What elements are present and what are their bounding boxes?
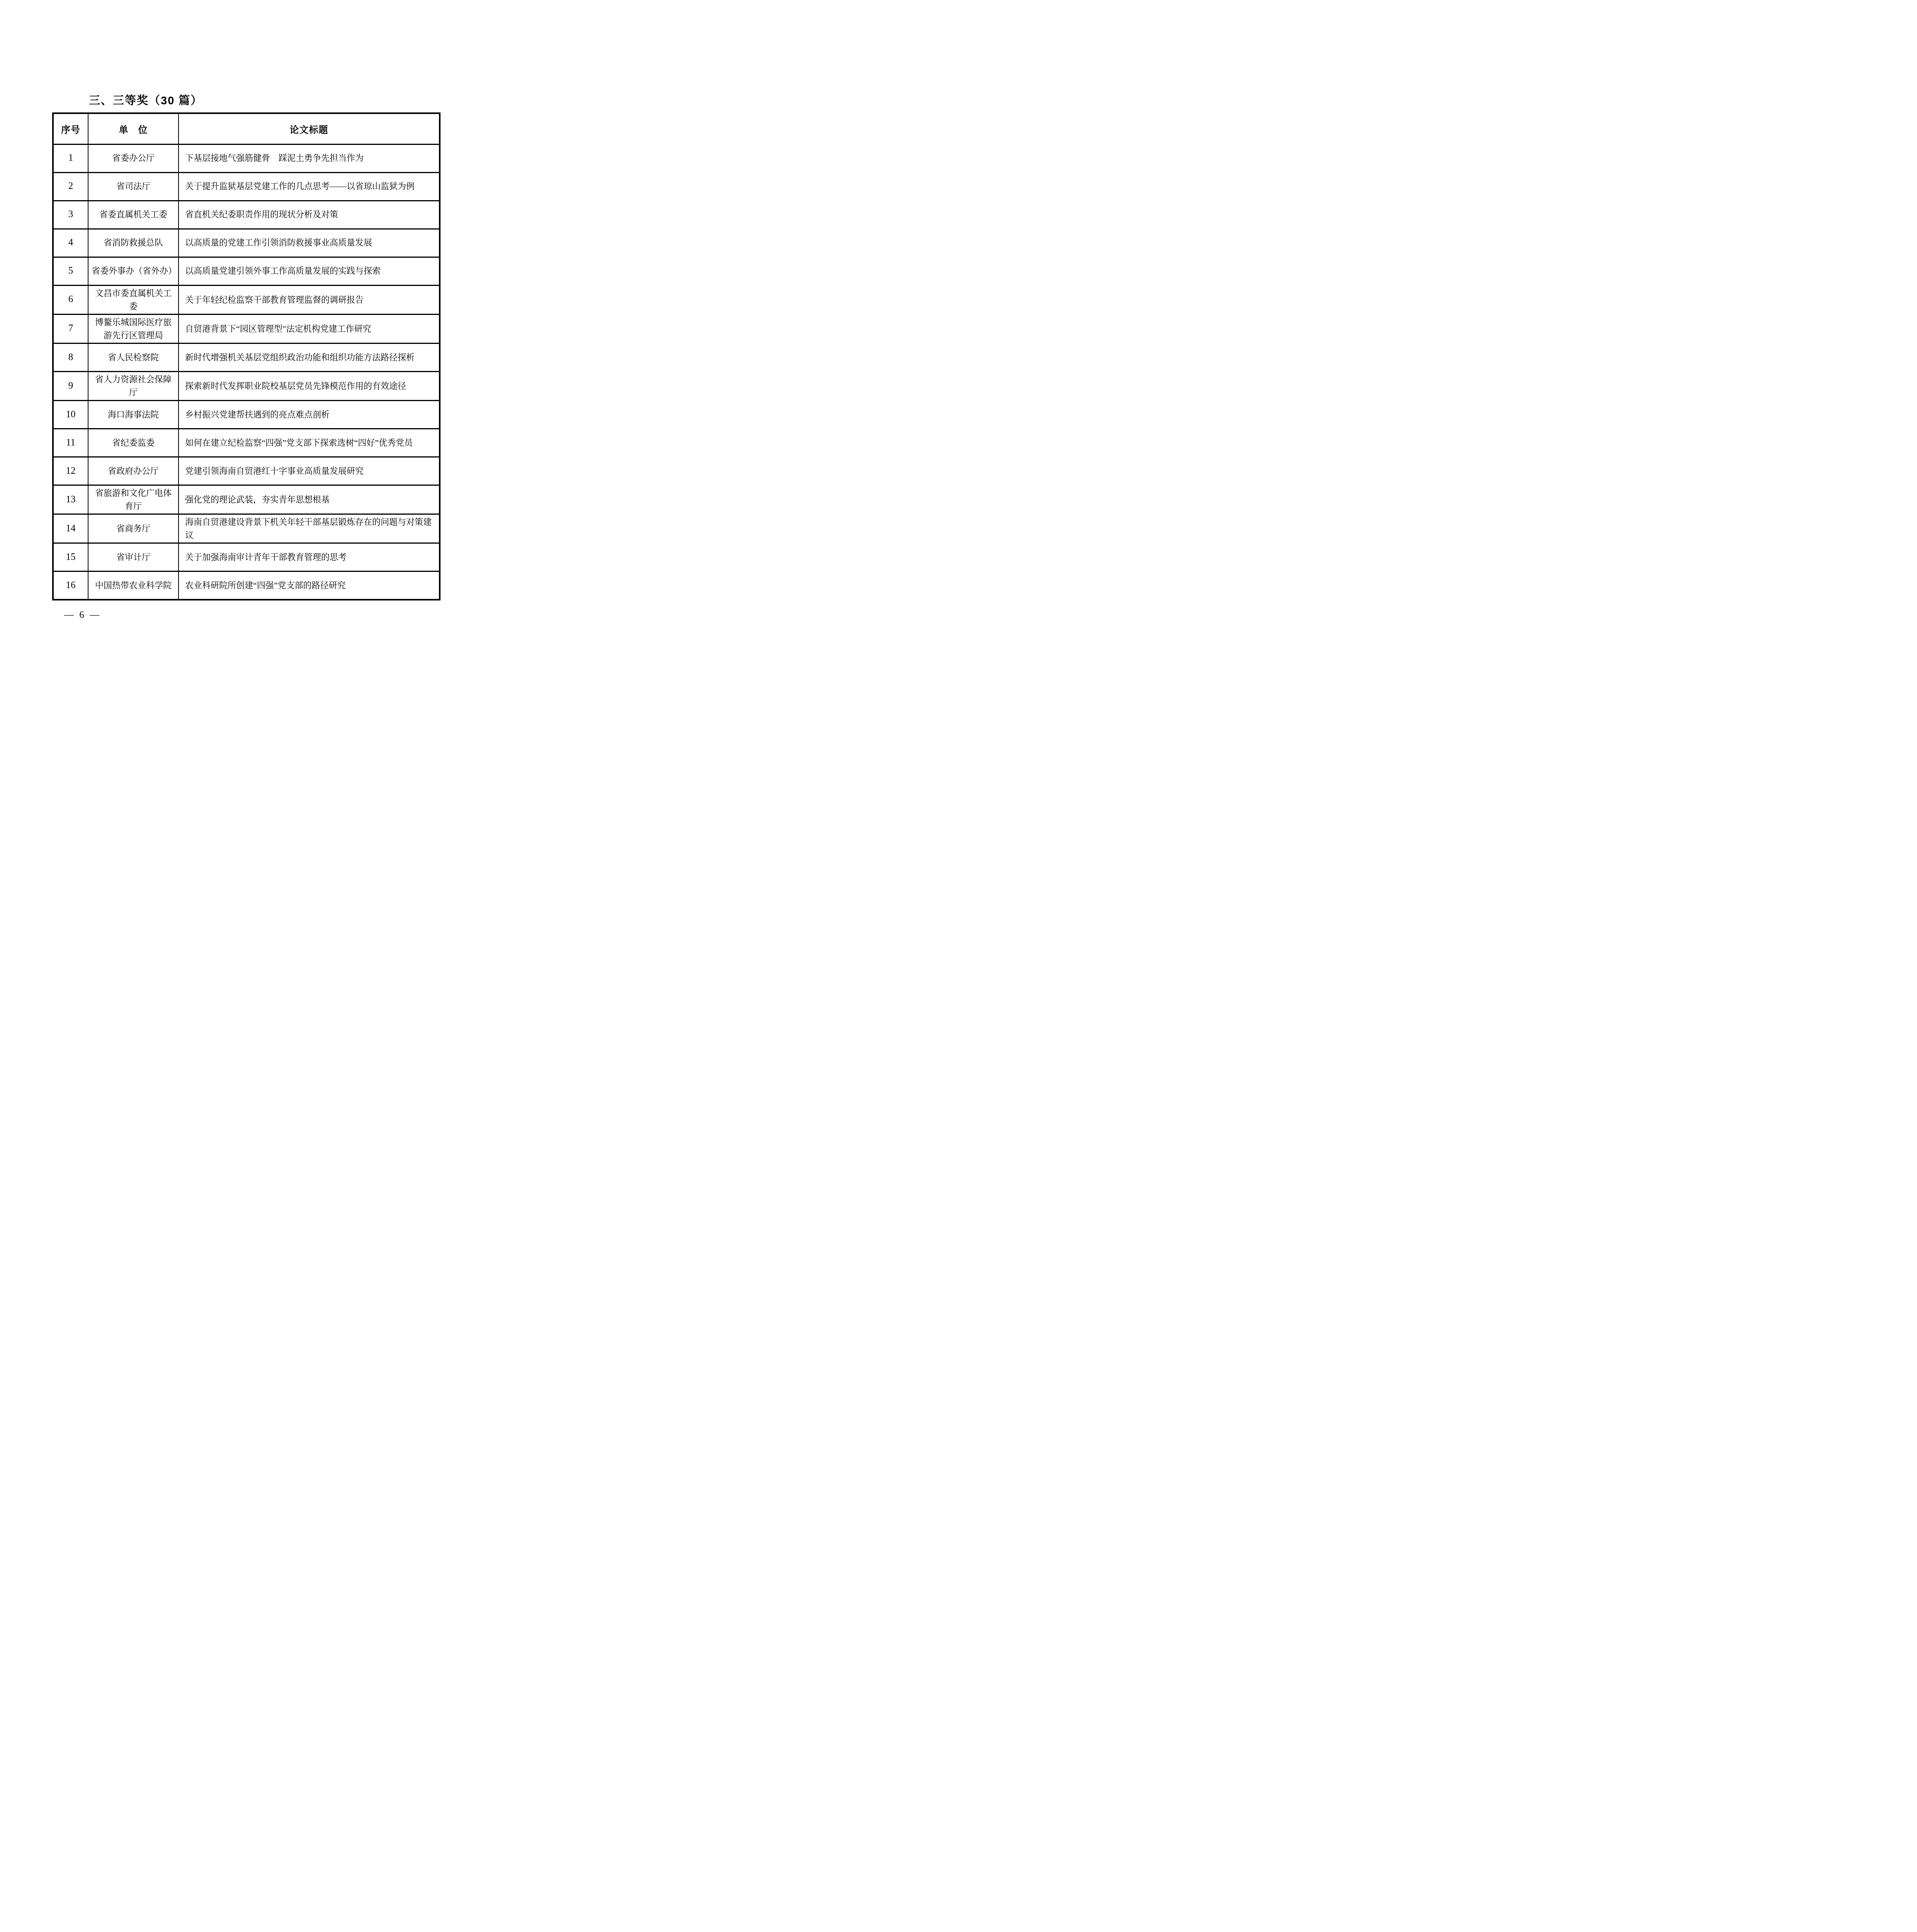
row-unit: 省委外事办（省外办） bbox=[88, 257, 179, 285]
table-row: 13 省旅游和文化广电体育厅 强化党的理论武装，夯实青年思想根基 bbox=[53, 485, 440, 514]
row-paper-title: 农业科研院所创建“四强”党支部的路径研究 bbox=[179, 571, 440, 600]
header-unit: 单 位 bbox=[88, 113, 179, 144]
table-header: 序号 单 位 论文标题 bbox=[53, 113, 440, 144]
table-row: 10 海口海事法院 乡村振兴党建帮扶遇到的亮点难点剖析 bbox=[53, 401, 440, 429]
table-row: 14 省商务厅 海南自贸港建设背景下机关年轻干部基层锻炼存在的问题与对策建议 bbox=[53, 514, 440, 543]
row-paper-title: 如何在建立纪检监察“四强”党支部下探索选树“四好”优秀党员 bbox=[179, 429, 440, 457]
section-title: 三、三等奖（30 篇） bbox=[89, 92, 202, 108]
table-row: 11 省纪委监委 如何在建立纪检监察“四强”党支部下探索选树“四好”优秀党员 bbox=[53, 429, 440, 457]
table-row: 1 省委办公厅 下基层接地气强筋健骨 踩泥土勇争先担当作为 bbox=[53, 144, 440, 172]
row-paper-title: 乡村振兴党建帮扶遇到的亮点难点剖析 bbox=[179, 401, 440, 429]
row-serial-number: 14 bbox=[53, 514, 88, 543]
row-serial-number: 4 bbox=[53, 229, 88, 257]
row-paper-title: 强化党的理论武装，夯实青年思想根基 bbox=[179, 485, 440, 514]
page-number: — 6 — bbox=[64, 610, 101, 621]
row-serial-number: 16 bbox=[53, 571, 88, 600]
header-serial-number: 序号 bbox=[53, 113, 88, 144]
row-unit: 省司法厅 bbox=[88, 172, 179, 201]
row-serial-number: 3 bbox=[53, 201, 88, 229]
row-paper-title: 关于加强海南审计青年干部教育管理的思考 bbox=[179, 543, 440, 571]
row-paper-title: 以高质量党建引领外事工作高质量发展的实践与探索 bbox=[179, 257, 440, 285]
row-paper-title: 海南自贸港建设背景下机关年轻干部基层锻炼存在的问题与对策建议 bbox=[179, 514, 440, 543]
row-unit: 省委直属机关工委 bbox=[88, 201, 179, 229]
row-serial-number: 11 bbox=[53, 429, 88, 457]
row-paper-title: 自贸港背景下“园区管理型”法定机构党建工作研究 bbox=[179, 314, 440, 343]
row-serial-number: 9 bbox=[53, 371, 88, 400]
table-row: 8 省人民检察院 新时代增强机关基层党组织政治功能和组织功能方法路径探析 bbox=[53, 343, 440, 371]
table-row: 15 省审计厅 关于加强海南审计青年干部教育管理的思考 bbox=[53, 543, 440, 571]
table-row: 2 省司法厅 关于提升监狱基层党建工作的几点思考——以省琼山监狱为例 bbox=[53, 172, 440, 201]
row-unit: 文昌市委直属机关工委 bbox=[88, 285, 179, 314]
row-paper-title: 下基层接地气强筋健骨 踩泥土勇争先担当作为 bbox=[179, 144, 440, 172]
row-unit: 省纪委监委 bbox=[88, 429, 179, 457]
row-serial-number: 13 bbox=[53, 485, 88, 514]
row-paper-title: 关于年轻纪检监察干部教育管理监督的调研报告 bbox=[179, 285, 440, 314]
row-serial-number: 7 bbox=[53, 314, 88, 343]
row-unit: 省审计厅 bbox=[88, 543, 179, 571]
table-row: 6 文昌市委直属机关工委 关于年轻纪检监察干部教育管理监督的调研报告 bbox=[53, 285, 440, 314]
table-header-row: 序号 单 位 论文标题 bbox=[53, 113, 440, 144]
row-serial-number: 6 bbox=[53, 285, 88, 314]
row-paper-title: 探索新时代发挥职业院校基层党员先锋模范作用的有效途径 bbox=[179, 371, 440, 400]
row-unit: 省政府办公厅 bbox=[88, 457, 179, 485]
row-paper-title: 新时代增强机关基层党组织政治功能和组织功能方法路径探析 bbox=[179, 343, 440, 371]
table-row: 4 省消防救援总队 以高质量的党建工作引领消防救援事业高质量发展 bbox=[53, 229, 440, 257]
row-serial-number: 15 bbox=[53, 543, 88, 571]
row-unit: 省委办公厅 bbox=[88, 144, 179, 172]
table-row: 9 省人力资源社会保障厅 探索新时代发挥职业院校基层党员先锋模范作用的有效途径 bbox=[53, 371, 440, 400]
award-table: 序号 单 位 论文标题 1 省委办公厅 下基层接地气强筋健骨 踩泥土勇争先担当作… bbox=[52, 112, 441, 600]
row-serial-number: 5 bbox=[53, 257, 88, 285]
table-row: 12 省政府办公厅 党建引领海南自贸港红十字事业高质量发展研究 bbox=[53, 457, 440, 485]
table-row: 5 省委外事办（省外办） 以高质量党建引领外事工作高质量发展的实践与探索 bbox=[53, 257, 440, 285]
row-unit: 省商务厅 bbox=[88, 514, 179, 543]
row-serial-number: 1 bbox=[53, 144, 88, 172]
row-paper-title: 以高质量的党建工作引领消防救援事业高质量发展 bbox=[179, 229, 440, 257]
header-paper-title: 论文标题 bbox=[179, 113, 440, 144]
row-unit: 海口海事法院 bbox=[88, 401, 179, 429]
row-paper-title: 党建引领海南自贸港红十字事业高质量发展研究 bbox=[179, 457, 440, 485]
row-paper-title: 省直机关纪委职责作用的现状分析及对策 bbox=[179, 201, 440, 229]
row-unit: 中国热带农业科学院 bbox=[88, 571, 179, 600]
row-serial-number: 2 bbox=[53, 172, 88, 201]
row-unit: 博鳌乐城国际医疗旅游先行区管理局 bbox=[88, 314, 179, 343]
row-paper-title: 关于提升监狱基层党建工作的几点思考——以省琼山监狱为例 bbox=[179, 172, 440, 201]
row-serial-number: 12 bbox=[53, 457, 88, 485]
table-body: 1 省委办公厅 下基层接地气强筋健骨 踩泥土勇争先担当作为 2 省司法厅 关于提… bbox=[53, 144, 440, 600]
table-row: 3 省委直属机关工委 省直机关纪委职责作用的现状分析及对策 bbox=[53, 201, 440, 229]
table-row: 7 博鳌乐城国际医疗旅游先行区管理局 自贸港背景下“园区管理型”法定机构党建工作… bbox=[53, 314, 440, 343]
document-page: 三、三等奖（30 篇） 序号 单 位 论文标题 1 省委办公厅 下基层接地气强筋… bbox=[0, 0, 479, 678]
row-unit: 省人力资源社会保障厅 bbox=[88, 371, 179, 400]
row-unit: 省消防救援总队 bbox=[88, 229, 179, 257]
row-serial-number: 10 bbox=[53, 401, 88, 429]
row-serial-number: 8 bbox=[53, 343, 88, 371]
table-row: 16 中国热带农业科学院 农业科研院所创建“四强”党支部的路径研究 bbox=[53, 571, 440, 600]
row-unit: 省人民检察院 bbox=[88, 343, 179, 371]
row-unit: 省旅游和文化广电体育厅 bbox=[88, 485, 179, 514]
